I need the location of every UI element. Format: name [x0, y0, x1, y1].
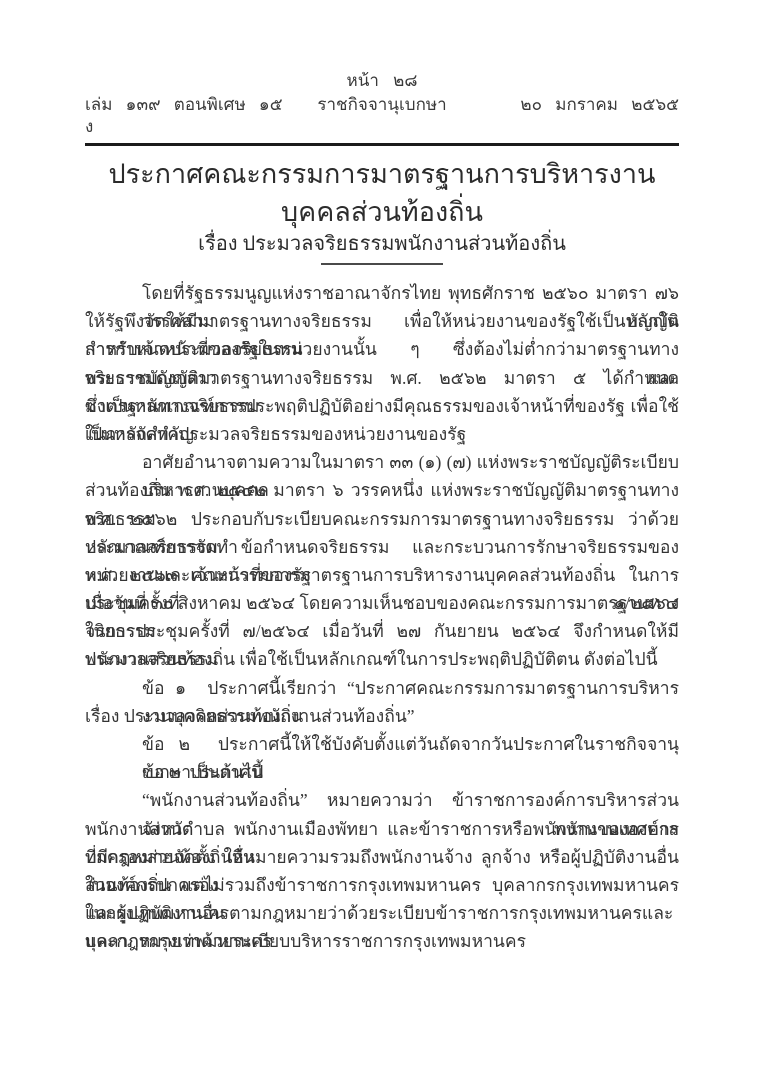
- text-line: “พนักงานส่วนท้องถิ่น” หมายความว่า ข้าราช…: [85, 786, 679, 814]
- text-line: ข้อ ๒ ประกาศนี้ให้ใช้บังคับตั้งแต่วันถัด…: [85, 730, 679, 758]
- text-line: สำหรับเจ้าหน้าที่ของรัฐในหน่วยงานนั้น ๆ …: [85, 335, 679, 363]
- text-line: พนักงานส่วนตำบล พนักงานเมืองพัทยา และข้า…: [85, 815, 679, 843]
- text-line: ซึ่งเป็นหลักเกณฑ์การประพฤติปฏิบัติอย่างม…: [85, 392, 679, 420]
- text-line: ข้อ ๑ ประกาศนี้เรียกว่า “ประกาศคณะกรรมกา…: [85, 674, 679, 702]
- text-line: และกฎหมายว่าด้วยระเบียบบริหารราชการกรุงเ…: [85, 927, 679, 955]
- text-line: ให้รัฐพึงจัดให้มีมาตรฐานทางจริยธรรม เพื่…: [85, 307, 679, 335]
- publication-date-label: ๒๐ มกราคม ๒๕๖๕: [481, 94, 679, 116]
- text-line: เมื่อวันที่ ๓๐ สิงหาคม ๒๕๖๔ โดยความเห็นช…: [85, 589, 679, 617]
- volume-section-label: เล่ม ๑๓๙ ตอนพิเศษ ๑๕ ง: [85, 94, 283, 138]
- text-line: พ.ศ. ๒๕๖๓ คณะกรรมการมาตรฐานการบริหารงานบ…: [85, 561, 679, 589]
- text-line: ข้อ ๓ ประกาศนี้: [85, 758, 679, 786]
- text-line: ส่วนท้องถิ่น พ.ศ. ๒๕๔๒ มาตรา ๖ วรรคหนึ่ง…: [85, 476, 679, 504]
- text-line: ที่มีกฎหมายจัดตั้ง ให้หมายความรวมถึงพนัก…: [85, 843, 679, 871]
- text-line: ในกรุงเทพมหานครตามกฎหมายว่าด้วยระเบียบข้…: [85, 899, 679, 927]
- text-line: พ.ศ. ๒๕๖๒ ประกอบกับระเบียบคณะกรรมการมาตร…: [85, 505, 679, 533]
- text-line: พระราชบัญญัติมาตรฐานทางจริยธรรม พ.ศ. ๒๕๖…: [85, 364, 679, 392]
- page-number-label: หน้า ๒๘: [85, 70, 679, 92]
- text-line: อาศัยอำนาจตามความในมาตรา ๓๓ (๑) (๗) แห่ง…: [85, 448, 679, 476]
- header-rule: [85, 143, 679, 146]
- document-body: โดยที่รัฐธรรมนูญแห่งราชอาณาจักรไทย พุทธศ…: [85, 279, 679, 956]
- document-subtitle: เรื่อง ประมวลจริยธรรมพนักงานส่วนท้องถิ่น: [85, 231, 679, 257]
- gazette-name-label: ราชกิจจานุเบกษา: [283, 94, 481, 116]
- gazette-page: หน้า ๒๘ เล่ม ๑๓๙ ตอนพิเศษ ๑๕ ง ราชกิจจาน…: [0, 0, 764, 1080]
- text-line: ในการประชุมครั้งที่ ๗/๒๕๖๔ เมื่อวันที่ ๒…: [85, 617, 679, 645]
- text-line: เรื่อง ประมวลจริยธรรมพนักงานส่วนท้องถิ่น…: [85, 702, 679, 730]
- text-line: ประมวลจริยธรรม ข้อกำหนดจริยธรรม และกระบว…: [85, 533, 679, 561]
- text-line: พนักงานส่วนท้องถิ่น เพื่อใช้เป็นหลักเกณฑ…: [85, 645, 679, 673]
- text-line: โดยที่รัฐธรรมนูญแห่งราชอาณาจักรไทย พุทธศ…: [85, 279, 679, 307]
- page-content: หน้า ๒๘ เล่ม ๑๓๙ ตอนพิเศษ ๑๕ ง ราชกิจจาน…: [85, 0, 679, 956]
- text-line: ส่วนท้องถิ่น แต่ไม่รวมถึงข้าราชการกรุงเท…: [85, 871, 679, 899]
- title-divider-rule: [321, 263, 443, 265]
- gazette-header-row: เล่ม ๑๓๙ ตอนพิเศษ ๑๕ ง ราชกิจจานุเบกษา ๒…: [85, 94, 679, 138]
- document-title: ประกาศคณะกรรมการมาตรฐานการบริหารงานบุคคล…: [85, 155, 679, 231]
- text-line: ในการจัดทำประมวลจริยธรรมของหน่วยงานของรั…: [85, 420, 679, 448]
